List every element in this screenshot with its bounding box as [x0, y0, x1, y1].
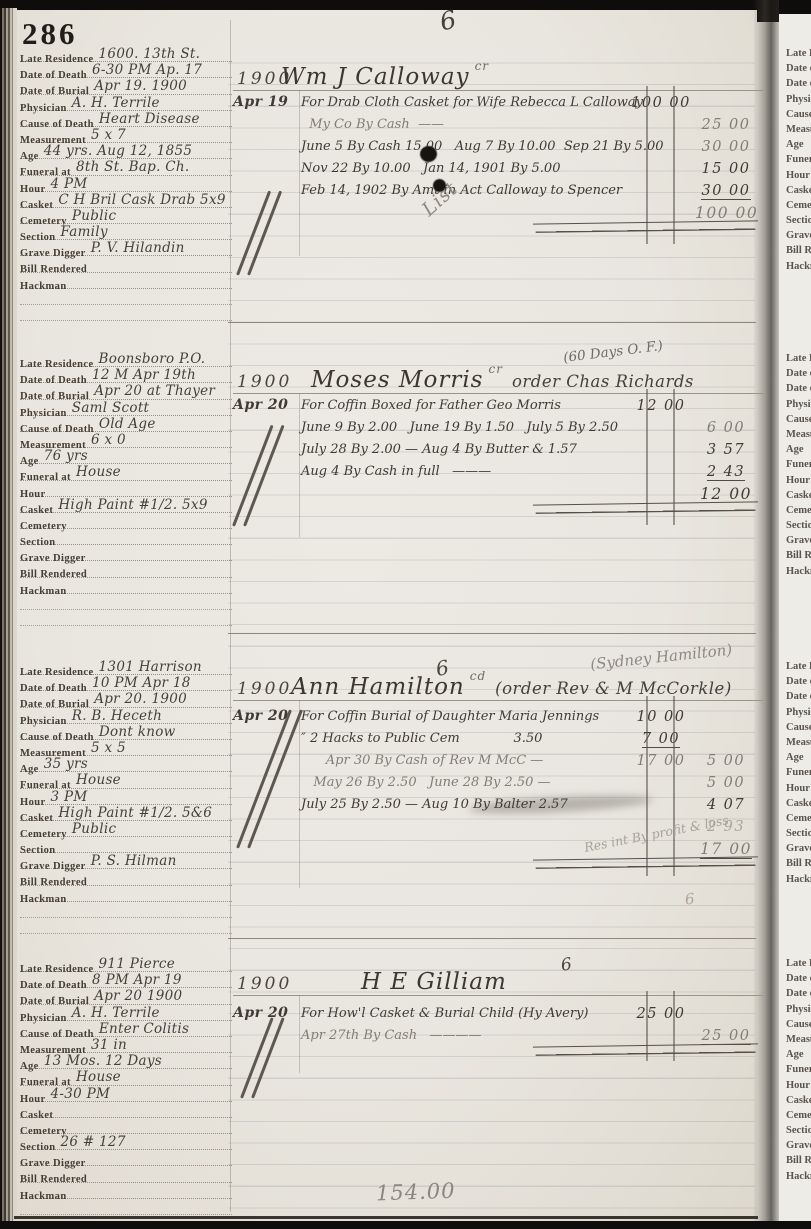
- form-field-value: Apr 20. 1900: [94, 691, 187, 707]
- amount: 12 00: [636, 398, 685, 414]
- pencil-page-total: 154.00: [376, 1179, 456, 1206]
- form-row: Measurement31 in: [20, 1037, 232, 1053]
- ledger-line: Nov 22 By 10.00 Jan 14, 1901 By 5.0015 0…: [233, 159, 763, 181]
- amount: 25 00: [701, 117, 750, 133]
- ledger-line: Apr 20For Coffin Boxed for Father Geo Mo…: [233, 396, 763, 418]
- next-page-label-text: Late Residence: [786, 353, 811, 364]
- form-field-value: Dont know: [99, 724, 176, 740]
- form-field-value: 8th St. Bap. Ch.: [76, 159, 190, 175]
- form-row: Date of BurialApr 20 1900: [20, 988, 232, 1004]
- next-page-label: Date of Death: [779, 365, 811, 380]
- amount: 25 00: [636, 1006, 685, 1022]
- money-column-rule: [673, 86, 675, 244]
- form-field-value: High Paint #1/2. 5x9: [58, 497, 207, 513]
- next-page-label-text: Late Residence: [786, 48, 811, 59]
- form-field-value: 6-30 PM Ap. 17: [92, 62, 202, 78]
- handwritten-six-mark: 6: [560, 954, 574, 975]
- form-field-value: A. H. Terrile: [72, 95, 160, 111]
- next-page-label: Section: [779, 212, 811, 227]
- deceased-name: Ann Hamiltoncd(order Rev & M McCorkle): [291, 669, 732, 700]
- credit-amount: 30 00: [695, 182, 757, 200]
- ledger-lines: Apr 19For Drab Cloth Casket for Wife Reb…: [233, 93, 763, 225]
- form-field-value: 76 yrs: [44, 448, 88, 464]
- next-page-label: Late Residence: [779, 955, 811, 970]
- handwritten-six-mark: 6: [684, 890, 695, 909]
- ledger-line-text: June 9 By 2.00 June 19 By 1.50 July 5 By…: [301, 420, 631, 435]
- amount: 6 00: [707, 420, 745, 436]
- order-note: order Chas Richards: [512, 372, 694, 391]
- form-row: Bill Rendered: [20, 561, 232, 577]
- form-row: PhysicianSaml Scott: [20, 400, 232, 416]
- ledger-line-text: For Drab Cloth Casket for Wife Rebecca L…: [301, 95, 631, 110]
- form-row: Measurement6 x 0: [20, 432, 232, 448]
- form-field-value: A. H. Terrile: [72, 1005, 160, 1021]
- form-row: Casket: [20, 1102, 232, 1118]
- form-row: Bill Rendered: [20, 256, 232, 272]
- name-mark: cr: [475, 59, 489, 73]
- next-page-label: Physician: [779, 396, 811, 411]
- next-page-label-text: Age: [786, 444, 804, 455]
- amount: 4 07: [707, 797, 745, 813]
- form-field-value: 10 PM Apr 18: [92, 675, 191, 691]
- next-page-label-text: Casket: [786, 490, 811, 501]
- next-page-label-text: Hour: [786, 170, 810, 181]
- ledger-line-text: For Coffin Boxed for Father Geo Morris: [301, 398, 631, 413]
- credit-amount: 3 57: [695, 441, 757, 459]
- credit-amount: 6 00: [695, 419, 757, 437]
- debit-amount: 17 00: [631, 752, 691, 770]
- credit-amount: 5 00: [695, 774, 757, 792]
- ledger-line: Apr 20For Coffin Burial of Daughter Mari…: [233, 707, 763, 729]
- ledger-line-text: ″ 2 Hacks to Public Cem 3.50: [301, 731, 631, 746]
- ledger-line: 100 00: [233, 203, 763, 225]
- form-row: Hackman: [20, 886, 232, 902]
- amount: 5 00: [707, 775, 745, 791]
- form-field-value: P. S. Hilman: [91, 853, 177, 869]
- form-row: Late Residence1600. 13th St.: [20, 46, 232, 62]
- ledger-line: June 5 By Cash 15.00 Aug 7 By 10.00 Sep …: [233, 137, 763, 159]
- next-page-label: Grave Digger: [779, 840, 811, 855]
- next-page-label: Measurement: [779, 426, 811, 441]
- form-row: Date of Death8 PM Apr 19: [20, 972, 232, 988]
- form-row-blank: [20, 1199, 232, 1215]
- burial-record-morris: Late ResidenceBoonsboro P.O.Date of Deat…: [18, 345, 763, 650]
- next-page-label-text: Bill Rendered: [786, 245, 811, 256]
- form-field-value: 5 x 5: [91, 740, 126, 756]
- form-row-blank: [20, 918, 232, 934]
- next-page-label: Hackman: [779, 563, 811, 578]
- next-page-label-text: Physician: [786, 1004, 811, 1015]
- amount: 12 00: [700, 485, 752, 503]
- next-page-label-text: Section: [786, 215, 811, 226]
- amount: 30 00: [701, 139, 750, 155]
- next-page-label: Late Residence: [779, 658, 811, 673]
- next-page-label: Date of Death: [779, 970, 811, 985]
- next-page-label-text: Casket: [786, 798, 811, 809]
- form-field-value: Boonsboro P.O.: [99, 351, 206, 367]
- next-page-label-text: Late Residence: [786, 661, 811, 672]
- ledger-line: Apr 19For Drab Cloth Casket for Wife Reb…: [233, 93, 763, 115]
- money-column-rule: [673, 696, 675, 876]
- deceased-name: H E Gilliam: [361, 969, 507, 995]
- next-page-label-text: Measurement: [786, 124, 811, 135]
- next-page-label-text: Hackman: [786, 874, 811, 885]
- next-page-label-text: Cemetery: [786, 505, 811, 516]
- next-page-label: Funeral at: [779, 1061, 811, 1076]
- next-page-label-text: Date of Burial: [786, 691, 811, 702]
- book-binding-edge: [0, 8, 17, 1229]
- next-page-label: Funeral at: [779, 151, 811, 166]
- ledger-line-text: June 5 By Cash 15.00 Aug 7 By 10.00 Sep …: [301, 139, 631, 154]
- form-row: Late ResidenceBoonsboro P.O.: [20, 351, 232, 367]
- burial-record-hamilton: Late Residence1301 HarrisonDate of Death…: [18, 653, 763, 948]
- form-row: CemeteryPublic: [20, 821, 232, 837]
- form-row: Funeral atHouse: [20, 1069, 232, 1085]
- form-field-value: 1600. 13th St.: [99, 46, 201, 62]
- ledger-year: 1900: [237, 974, 292, 994]
- next-page-label: Cemetery: [779, 1107, 811, 1122]
- form-field-value: 31 in: [91, 1037, 127, 1053]
- form-row: PhysicianA. H. Terrile: [20, 95, 232, 111]
- ledger-line-date: Apr 20: [233, 1005, 299, 1021]
- form-field-value: House: [76, 464, 121, 480]
- form-row: Hackman: [20, 1183, 232, 1199]
- amount: 100 00: [631, 95, 691, 111]
- next-page-label: Date of Burial: [779, 75, 811, 90]
- form-field-value: 12 M Apr 19th: [92, 367, 196, 383]
- next-page-label: Late Residence: [779, 350, 811, 365]
- ledger-line: Aug 4 By Cash in full ———2 43: [233, 462, 763, 484]
- next-page-label-text: Measurement: [786, 1034, 811, 1045]
- next-page-label: Funeral at: [779, 764, 811, 779]
- form-row: Hour4 PM: [20, 176, 232, 192]
- next-page-label: Cemetery: [779, 810, 811, 825]
- next-page-label-text: Physician: [786, 707, 811, 718]
- next-page-label-text: Date of Death: [786, 676, 811, 687]
- next-page-label-text: Date of Burial: [786, 383, 811, 394]
- ledger-line-text: May 26 By 2.50 June 28 By 2.50 —: [301, 775, 631, 790]
- next-page-label: Bill Rendered: [779, 242, 811, 257]
- record-form: Late Residence911 PierceDate of Death8 P…: [20, 956, 232, 1229]
- form-field-value: 4-30 PM: [51, 1086, 111, 1102]
- date-column-rule: [299, 700, 300, 888]
- form-field-value: 5 x 7: [91, 127, 126, 143]
- form-field-value: Old Age: [99, 416, 156, 432]
- form-field-value: Saml Scott: [72, 400, 150, 416]
- debit-amount: 10 00: [631, 708, 691, 726]
- next-page-label-text: Hackman: [786, 261, 811, 272]
- next-page-label-text: Physician: [786, 94, 811, 105]
- form-field-value: R. B. Heceth: [72, 708, 162, 724]
- ledger-line: 12 00: [233, 484, 763, 506]
- next-page-label-text: Cemetery: [786, 813, 811, 824]
- form-row: Grave Digger: [20, 545, 232, 561]
- next-page-label-text: Grave Digger: [786, 230, 811, 241]
- next-page-label: Cemetery: [779, 502, 811, 517]
- next-page-label-text: Hackman: [786, 1171, 811, 1182]
- next-page-label: Date of Death: [779, 60, 811, 75]
- next-page-label-text: Date of Death: [786, 368, 811, 379]
- form-row: Age44 yrs. Aug 12, 1855: [20, 143, 232, 159]
- form-row: CasketHigh Paint #1/2. 5x9: [20, 497, 232, 513]
- form-row: Funeral at8th St. Bap. Ch.: [20, 159, 232, 175]
- next-page-label-text: Funeral at: [786, 459, 811, 470]
- next-page-label: Bill Rendered: [779, 1152, 811, 1167]
- next-page-label-text: Age: [786, 752, 804, 763]
- form-field-value: 1301 Harrison: [99, 659, 202, 675]
- debit-amount: 7 00: [631, 730, 691, 748]
- ledger-line-text: For Coffin Burial of Daughter Maria Jenn…: [301, 709, 631, 724]
- form-row: Section: [20, 837, 232, 853]
- next-page-label: Section: [779, 517, 811, 532]
- form-row-blank: [20, 610, 232, 626]
- next-page-label-text: Bill Rendered: [786, 858, 811, 869]
- record-separator: [228, 633, 756, 634]
- next-page-label: Grave Digger: [779, 1137, 811, 1152]
- amount: 5 00: [707, 753, 745, 769]
- next-page-label: Cause of Death: [779, 106, 811, 121]
- next-page-label-text: Cause of Death: [786, 1019, 811, 1030]
- money-column-rule: [646, 86, 648, 244]
- next-page-label: Age: [779, 136, 811, 151]
- order-note: (order Rev & M McCorkle): [495, 679, 732, 698]
- ledger-line-text: Aug 4 By Cash in full ———: [301, 464, 631, 479]
- next-page-label-text: Section: [786, 520, 811, 531]
- ledger-header: 1900Wm J Callowaycr: [233, 54, 763, 91]
- amount: 15 00: [701, 161, 750, 177]
- next-page-label-text: Bill Rendered: [786, 1155, 811, 1166]
- form-row: Funeral atHouse: [20, 772, 232, 788]
- form-row: Cause of DeathEnter Colitis: [20, 1021, 232, 1037]
- next-page-sliver: Late ResidenceDate of DeathDate of Buria…: [779, 14, 811, 1221]
- amount: 100 00: [695, 204, 758, 222]
- ledger-line: ″ 2 Hacks to Public Cem 3.507 00: [233, 729, 763, 751]
- form-field-value: Apr 19. 1900: [94, 78, 187, 94]
- form-row: Hackman: [20, 273, 232, 289]
- ledger-line: Apr 20For How'l Casket & Burial Child (H…: [233, 1004, 763, 1026]
- money-column-rule: [673, 991, 675, 1061]
- next-page-label: Date of Burial: [779, 688, 811, 703]
- next-page-label-text: Age: [786, 139, 804, 150]
- form-row: Measurement5 x 5: [20, 740, 232, 756]
- next-page-label-text: Funeral at: [786, 767, 811, 778]
- next-page-label: Casket: [779, 1092, 811, 1107]
- ledger-line: Apr 27th By Cash ————25 00: [233, 1026, 763, 1048]
- next-page-label: Hackman: [779, 1168, 811, 1183]
- ledger-lines: Apr 20For Coffin Boxed for Father Geo Mo…: [233, 396, 763, 506]
- date-column-rule: [299, 995, 300, 1073]
- form-row: Age35 yrs: [20, 756, 232, 772]
- form-field-value: High Paint #1/2. 5&6: [58, 805, 212, 821]
- ledger-line-date: Apr 20: [233, 397, 299, 413]
- ledger-line: May 26 By 2.50 June 28 By 2.50 —5 00: [233, 773, 763, 795]
- ledger-line: My Co By Cash ——25 00: [233, 115, 763, 137]
- next-page-label-text: Hackman: [786, 566, 811, 577]
- next-page-label-text: Funeral at: [786, 1064, 811, 1075]
- ledger-line-text: Apr 30 By Cash of Rev M McC —: [301, 753, 631, 768]
- debit-amount: 100 00: [631, 94, 691, 112]
- amount: 17 00: [636, 753, 685, 769]
- form-field-value: Enter Colitis: [99, 1021, 189, 1037]
- next-page-label-text: Cemetery: [786, 200, 811, 211]
- form-field-value: 3 PM: [51, 789, 88, 805]
- next-page-label-text: Date of Burial: [786, 78, 811, 89]
- next-page-label-text: Physician: [786, 399, 811, 410]
- next-page-label: Grave Digger: [779, 227, 811, 242]
- next-page-label-text: Cause of Death: [786, 414, 811, 425]
- form-field-value: House: [76, 1069, 121, 1085]
- credit-amount: 25 00: [695, 1027, 757, 1045]
- next-page-label-text: Age: [786, 1049, 804, 1060]
- form-field-value: 8 PM Apr 19: [92, 972, 182, 988]
- deceased-name: Wm J Callowaycr: [281, 59, 489, 90]
- next-page-label-text: Casket: [786, 185, 811, 196]
- next-page-label: Measurement: [779, 1031, 811, 1046]
- ledger-line-date: Apr 19: [233, 94, 299, 110]
- burial-record-gilliam: Late Residence911 PierceDate of Death8 P…: [18, 950, 763, 1218]
- next-page-label-text: Date of Death: [786, 63, 811, 74]
- next-page-label: Hour: [779, 472, 811, 487]
- name-mark: cd: [470, 669, 486, 683]
- form-row: PhysicianR. B. Heceth: [20, 708, 232, 724]
- form-row: CasketHigh Paint #1/2. 5&6: [20, 805, 232, 821]
- next-page-label-text: Measurement: [786, 429, 811, 440]
- ledger-header: 1900Moses Morriscrorder Chas Richards: [233, 357, 763, 394]
- next-page-label: Casket: [779, 795, 811, 810]
- form-row: Bill Rendered: [20, 869, 232, 885]
- form-row: Age13 Mos. 12 Days: [20, 1053, 232, 1069]
- ledger-line-text: Feb 14, 1902 By Amt in Act Calloway to S…: [301, 183, 631, 198]
- form-row: Date of Death12 M Apr 19th: [20, 367, 232, 383]
- form-field-value: House: [76, 772, 121, 788]
- form-row: Hour: [20, 481, 232, 497]
- next-page-labels: Late ResidenceDate of DeathDate of Buria…: [779, 955, 811, 1183]
- form-row: Funeral atHouse: [20, 464, 232, 480]
- form-row: Date of BurialApr 20. 1900: [20, 691, 232, 707]
- form-row: Cause of DeathHeart Disease: [20, 111, 232, 127]
- ledger-line: Feb 14, 1902 By Amt in Act Calloway to S…: [233, 181, 763, 203]
- amount: 3 57: [707, 442, 745, 458]
- ledger-line: July 25 By 2.50 — Aug 10 By Balter 2.574…: [233, 795, 763, 817]
- debit-amount: 12 00: [631, 397, 691, 415]
- credit-amount: 25 00: [695, 116, 757, 134]
- form-row: Date of BurialApr 20 at Thayer: [20, 383, 232, 399]
- form-row: Date of BurialApr 19. 1900: [20, 78, 232, 94]
- form-field-value: 4 PM: [51, 176, 88, 192]
- record-separator: [228, 322, 756, 323]
- form-row: Bill Rendered: [20, 1166, 232, 1182]
- ledger-year: 1900: [237, 372, 292, 392]
- next-page-label: Hour: [779, 780, 811, 795]
- form-row: Cause of DeathDont know: [20, 724, 232, 740]
- form-field-value: Family: [60, 224, 107, 240]
- amount: 2 43: [707, 464, 745, 481]
- record-form: Late Residence1301 HarrisonDate of Death…: [20, 659, 232, 934]
- debit-amount: 25 00: [631, 1005, 691, 1023]
- form-field-value: C H Bril Cask Drab 5x9: [58, 192, 225, 208]
- form-row: PhysicianA. H. Terrile: [20, 1005, 232, 1021]
- next-page-label: Cause of Death: [779, 1016, 811, 1031]
- form-row: Section26 # 127: [20, 1134, 232, 1150]
- money-column-rule: [646, 696, 648, 876]
- credit-amount: 5 00: [695, 752, 757, 770]
- ledger-line: 17 00: [233, 839, 763, 861]
- next-page-labels: Late ResidenceDate of DeathDate of Buria…: [779, 45, 811, 273]
- next-page-label: Section: [779, 1122, 811, 1137]
- form-row: Cause of DeathOld Age: [20, 416, 232, 432]
- next-page-label: Physician: [779, 1001, 811, 1016]
- form-row: Grave DiggerP. S. Hilman: [20, 853, 232, 869]
- next-page-label-text: Cause of Death: [786, 109, 811, 120]
- next-page-label-text: Grave Digger: [786, 1140, 811, 1151]
- form-row: Age76 yrs: [20, 448, 232, 464]
- form-row: CasketC H Bril Cask Drab 5x9: [20, 192, 232, 208]
- amount: 10 00: [636, 709, 685, 725]
- form-row: Date of Death6-30 PM Ap. 17: [20, 62, 232, 78]
- next-page-label-text: Measurement: [786, 737, 811, 748]
- form-row-blank: [20, 289, 232, 305]
- form-row: Hackman: [20, 578, 232, 594]
- form-row-blank: [20, 902, 232, 918]
- next-page-label: Age: [779, 749, 811, 764]
- form-field-value: 13 Mos. 12 Days: [44, 1053, 162, 1069]
- ledger-line: July 28 By 2.00 — Aug 4 By Butter & 1.57…: [233, 440, 763, 462]
- date-column-rule: [299, 90, 300, 256]
- ledger-line-text: Nov 22 By 10.00 Jan 14, 1901 By 5.00: [301, 161, 631, 176]
- date-column-rule: [299, 393, 300, 537]
- next-page-label-text: Date of Burial: [786, 988, 811, 999]
- next-page-label: Hour: [779, 167, 811, 182]
- record-ledger: 1900Moses Morriscrorder Chas RichardsApr…: [233, 357, 763, 506]
- ledger-year: 1900: [237, 679, 292, 699]
- next-page-label: Cemetery: [779, 197, 811, 212]
- next-page-label: Measurement: [779, 734, 811, 749]
- form-row: Section: [20, 529, 232, 545]
- form-field-value: Apr 20 at Thayer: [94, 383, 215, 399]
- form-row: Late Residence1301 Harrison: [20, 659, 232, 675]
- next-page-label: Grave Digger: [779, 532, 811, 547]
- record-ledger: 1900H E GilliamApr 20For How'l Casket & …: [233, 959, 763, 1048]
- ledger-line-text: For How'l Casket & Burial Child (Hy Aver…: [301, 1006, 631, 1021]
- next-page-label: Hackman: [779, 258, 811, 273]
- form-field-value: 911 Pierce: [99, 956, 175, 972]
- credit-amount: 15 00: [695, 160, 757, 178]
- record-form: Late Residence1600. 13th St.Date of Deat…: [20, 46, 232, 321]
- form-row: Date of Death10 PM Apr 18: [20, 675, 232, 691]
- next-page-label: Funeral at: [779, 456, 811, 471]
- next-page-label: Casket: [779, 182, 811, 197]
- next-page-label: Age: [779, 441, 811, 456]
- next-page-label-text: Grave Digger: [786, 535, 811, 546]
- next-page-label-text: Hour: [786, 783, 810, 794]
- form-row: Hour4-30 PM: [20, 1086, 232, 1102]
- form-field-value: 35 yrs: [44, 756, 88, 772]
- record-ledger: 1900Wm J CallowaycrApr 19For Drab Cloth …: [233, 54, 763, 225]
- form-row: Cemetery: [20, 513, 232, 529]
- credit-amount: 30 00: [695, 138, 757, 156]
- next-page-label-text: Casket: [786, 1095, 811, 1106]
- next-page-label-text: Section: [786, 1125, 811, 1136]
- ledger-line-text: My Co By Cash ——: [301, 117, 631, 132]
- form-field-value: 26 # 127: [60, 1134, 125, 1150]
- next-page-label: Hour: [779, 1077, 811, 1092]
- form-field-value: Heart Disease: [99, 111, 200, 127]
- record-form: Late ResidenceBoonsboro P.O.Date of Deat…: [20, 351, 232, 626]
- ledger-header: 1900Ann Hamiltoncd(order Rev & M McCorkl…: [233, 664, 763, 701]
- burial-record-calloway: Late Residence1600. 13th St.Date of Deat…: [18, 40, 763, 340]
- next-page-label: Late Residence: [779, 45, 811, 60]
- next-page-label: Cause of Death: [779, 411, 811, 426]
